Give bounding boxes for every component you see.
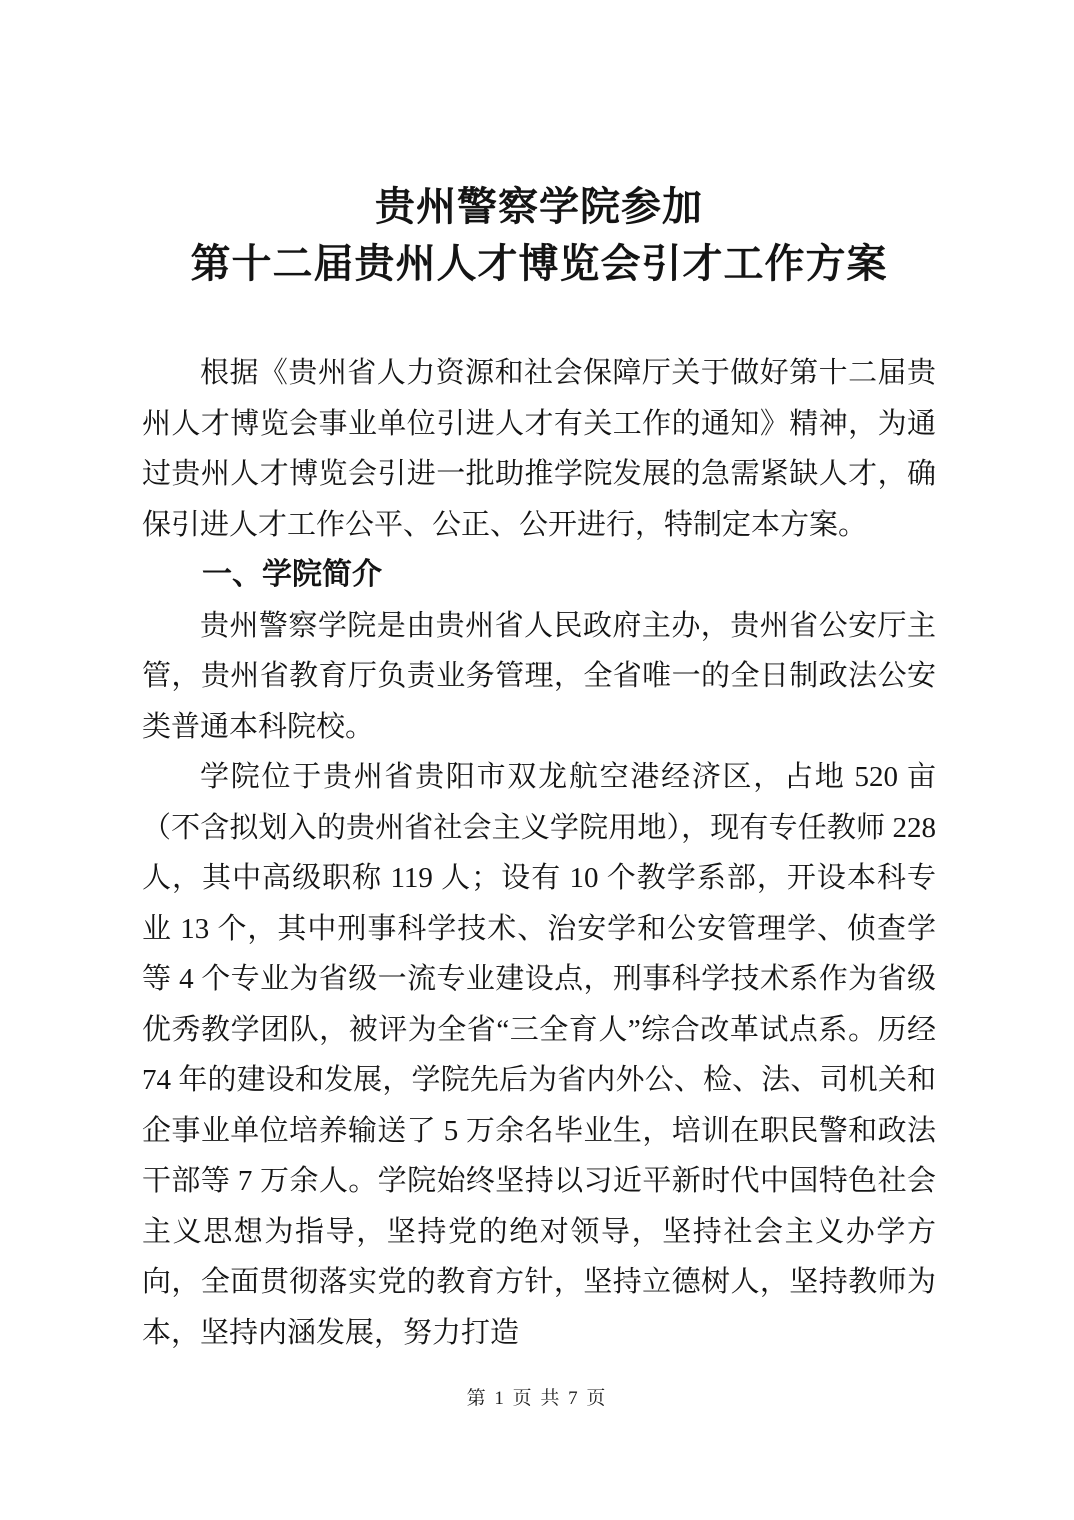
section-1-paragraph-1: 贵州警察学院是由贵州省人民政府主办，贵州省公安厅主管，贵州省教育厅负责业务管理，… [142, 601, 936, 753]
section-1-paragraph-2: 学院位于贵州省贵阳市双龙航空港经济区，占地 520 亩（不含拟划入的贵州省社会主… [142, 752, 936, 1358]
document-body: 根据《贵州省人力资源和社会保障厅关于做好第十二届贵州人才博览会事业单位引进人才有… [142, 348, 936, 1358]
page-number-label: 第 1 页 共 7 页 [467, 1388, 608, 1409]
title-line-2: 第十二届贵州人才博览会引才工作方案 [142, 235, 936, 292]
intro-paragraph: 根据《贵州省人力资源和社会保障厅关于做好第十二届贵州人才博览会事业单位引进人才有… [142, 348, 936, 550]
title-line-1: 贵州警察学院参加 [142, 178, 936, 235]
section-1-heading: 一、学院简介 [142, 550, 936, 601]
document-page: 贵州警察学院参加 第十二届贵州人才博览会引才工作方案 根据《贵州省人力资源和社会… [0, 0, 1074, 1520]
document-title: 贵州警察学院参加 第十二届贵州人才博览会引才工作方案 [142, 178, 936, 292]
page-footer: 第 1 页 共 7 页 [0, 1383, 1074, 1410]
